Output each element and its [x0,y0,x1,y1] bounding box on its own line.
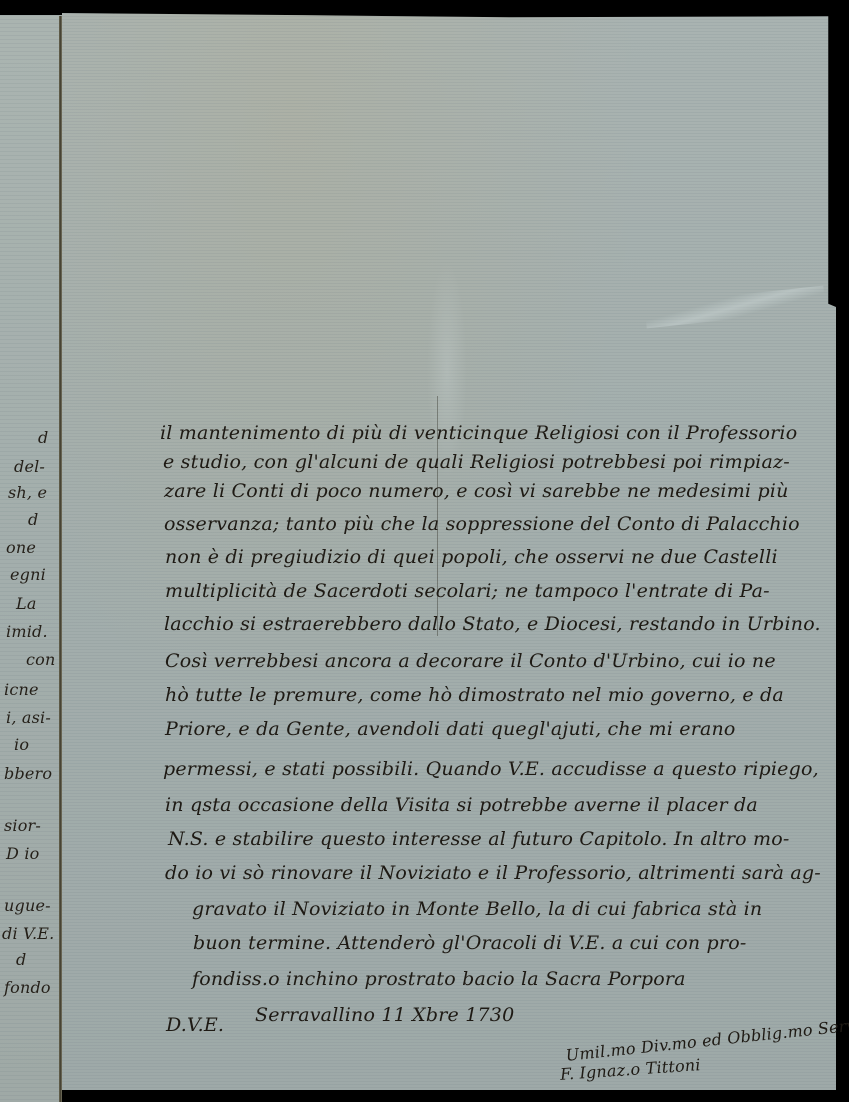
fragment-line: di V.E. [2,924,54,943]
body-line: do io vi sò rinovare il Noviziato e il P… [165,862,821,884]
fragment-line: con [26,650,56,669]
body-line: hò tutte le premure, come hò dimostrato … [165,684,784,706]
body-line: N.S. e stabilire questo interesse al fut… [168,828,789,850]
body-line: lacchio si estraerebbero dallo Stato, e … [164,613,821,635]
body-line: Priore, e da Gente, avendoli dati quegl'… [165,718,736,740]
body-line: permessi, e stati possibili. Quando V.E.… [163,758,819,780]
body-line: buon termine. Attenderò gl'Oracoli di V.… [193,932,746,954]
body-line: non è di pregiudizio di quei popoli, che… [165,546,778,568]
fragment-line: bbero [4,764,52,783]
body-line: il mantenimento di più di venticinque Re… [160,422,797,444]
body-line: multiplicità de Sacerdoti secolari; ne t… [165,580,770,602]
fragment-line: sior- [4,816,41,835]
fragment-line: d [38,428,48,447]
manuscript-scan: d del- sh, e d one egni La imid. con icn… [0,0,849,1102]
fragment-line: imid. [6,622,48,641]
body-line: in qsta occasione della Visita si potreb… [165,794,758,816]
fragment-line: La [16,594,37,613]
fragment-line: D io [6,844,39,863]
body-line: Così verrebbesi ancora a decorare il Con… [165,650,776,672]
fragment-line: egni [10,565,46,584]
fragment-line: one [6,538,36,557]
body-line: fondiss.o inchino prostrato bacio la Sac… [192,968,686,990]
binding-gutter [59,16,62,1102]
salutation-abbreviation: D.V.E. [166,1014,224,1036]
body-line: zare li Conti di poco numero, e così vi … [164,480,789,502]
body-line: gravato il Noviziato in Monte Bello, la … [192,898,762,920]
fragment-line: io [14,735,29,754]
body-line: osservanza; tanto più che la soppression… [164,513,800,535]
fragment-line: i, asi- [6,708,51,727]
fragment-line: icne [4,680,39,699]
place-date: Serravallino 11 Xbre 1730 [255,1004,514,1026]
fragment-line: sh, e [8,483,47,502]
body-line: e studio, con gl'alcuni de quali Religio… [163,451,790,473]
paper-crease [427,260,467,480]
fragment-line: del- [14,457,45,476]
fragment-line: d [28,510,38,529]
fragment-line: fondo [4,978,51,997]
fragment-line: d [16,950,26,969]
fragment-line: ugue- [4,896,51,915]
